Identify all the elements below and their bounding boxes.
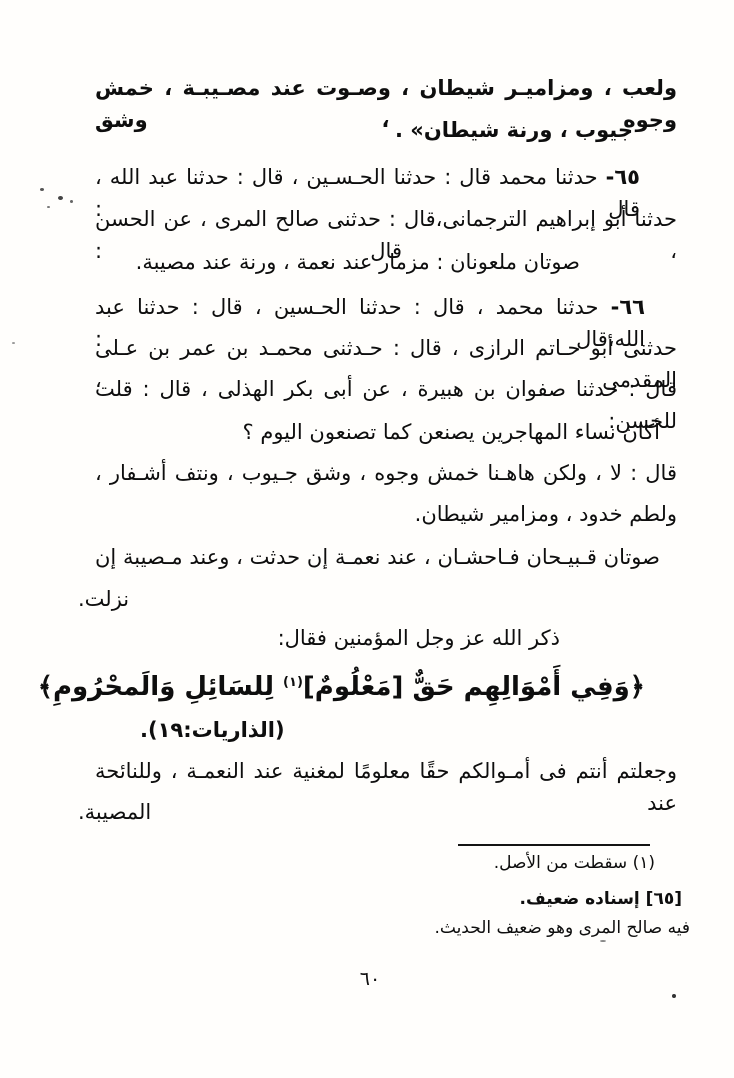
footnote-reference-1: (١): [283, 675, 303, 690]
hadith-65-matn: صوتان ملعونان : مزمار عند نعمة ، ورنة عن…: [95, 246, 580, 278]
page-number: ٦٠: [340, 968, 400, 990]
quran-verse: ﴿وَفِي أَمْوَالِهِم حَقٌّ [مَعْلُومٌ](١)…: [40, 660, 645, 710]
scan-speck: [40, 188, 44, 191]
scan-speck: [47, 206, 50, 208]
hadith-66-comment-line-2: نزلت.: [78, 583, 677, 615]
scan-speck: [58, 196, 63, 200]
scan-speck: [672, 994, 676, 998]
hadith-66-question: أكان نساء المهاجرين يصنعن كما تصنعون الي…: [95, 416, 660, 448]
hadith-66-number: ٦٦-: [611, 295, 645, 319]
footnote-2: [٦٥] إسناده ضعيف.: [520, 886, 682, 912]
verse-intro: ذكر الله عز وجل المؤمنين فقال:: [95, 622, 560, 654]
verse-commentary-line-2: المصيبة.: [78, 796, 677, 828]
hadith-66-comment-line-1: صوتان قـبيـحان فـاحشـان ، عند نعمـة إن ح…: [95, 541, 660, 573]
scan-speck: [12, 342, 15, 344]
footnote-separator: [458, 844, 650, 846]
opening-quote-line-2: جيوب ، ورنة شيطان» .: [95, 114, 633, 146]
footnote-1: (١) سقطت من الأصل.: [494, 850, 655, 876]
verse-citation: (الذاريات:١٩).: [140, 714, 677, 746]
footnote-3: فيه صالح المرى وهو ضعيف الحديث.: [434, 915, 690, 941]
quran-verse-start: ﴿وَفِي أَمْوَالِهِم حَقٌّ [مَعْلُومٌ]: [303, 672, 645, 702]
hadith-65-number: ٦٥-: [606, 165, 640, 189]
hadith-66-answer-line-1: قال : لا ، ولكن هاهـنا خمش وجوه ، وشق جـ…: [95, 457, 677, 489]
hadith-66-answer-line-2: ولطم خدود ، ومزامير شيطان.: [95, 498, 677, 530]
scan-speck: [600, 940, 606, 942]
scan-speck: [70, 200, 73, 203]
quran-verse-end: لِلسَائِلِ وَالَمحْرُومِ﴾: [38, 672, 274, 702]
book-page: ولعب ، ومزاميـر شيطان ، وصـوت عند مصـيبـ…: [0, 0, 734, 1078]
